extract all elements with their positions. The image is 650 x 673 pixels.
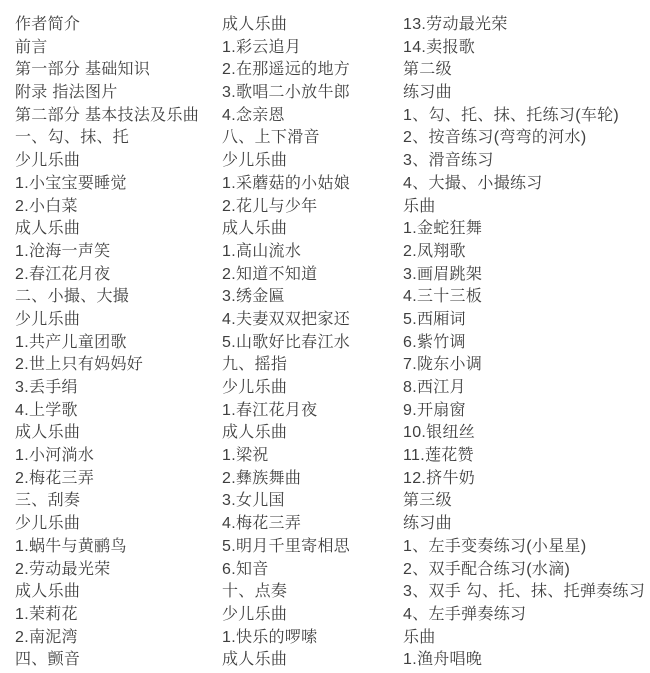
toc-line: 1.梁祝 — [222, 445, 400, 468]
toc-line: 2.春江花月夜 — [15, 264, 220, 287]
toc-line: 少儿乐曲 — [222, 150, 400, 173]
toc-line: 5.山歌好比春江水 — [222, 332, 400, 355]
toc-line: 少儿乐曲 — [15, 513, 220, 536]
toc-line: 3.女儿国 — [222, 490, 400, 513]
toc-line: 成人乐曲 — [222, 218, 400, 241]
toc-line: 1.小河淌水 — [15, 445, 220, 468]
toc-line: 2.南泥湾 — [15, 627, 220, 650]
toc-line: 1.彩云追月 — [222, 37, 400, 60]
toc-line: 1.春江花月夜 — [222, 400, 400, 423]
toc-column-middle: 成人乐曲1.彩云追月2.在那遥远的地方3.歌唱二小放牛郎4.念亲恩八、上下滑音少… — [222, 14, 400, 672]
toc-line: 少儿乐曲 — [15, 309, 220, 332]
toc-line: 6.知音 — [222, 559, 400, 582]
toc-line: 3.歌唱二小放牛郎 — [222, 82, 400, 105]
toc-line: 13.劳动最光荣 — [403, 14, 650, 37]
toc-line: 三、刮奏 — [15, 490, 220, 513]
toc-line: 2.花儿与少年 — [222, 196, 400, 219]
toc-line: 4.梅花三弄 — [222, 513, 400, 536]
toc-line: 九、摇指 — [222, 354, 400, 377]
toc-line: 1、勾、托、抹、托练习(车轮) — [403, 105, 650, 128]
toc-line: 12.挤牛奶 — [403, 468, 650, 491]
toc-line: 2.世上只有妈妈好 — [15, 354, 220, 377]
toc-line: 一、勾、抹、托 — [15, 127, 220, 150]
toc-line: 3.绣金匾 — [222, 286, 400, 309]
toc-line: 乐曲 — [403, 627, 650, 650]
toc-line: 6.紫竹调 — [403, 332, 650, 355]
toc-line: 2.在那遥远的地方 — [222, 59, 400, 82]
contents-page: 作者简介前言第一部分 基础知识附录 指法图片第二部分 基本技法及乐曲一、勾、抹、… — [0, 0, 650, 673]
toc-line: 成人乐曲 — [15, 218, 220, 241]
toc-line: 4、大撮、小撮练习 — [403, 173, 650, 196]
toc-line: 4.念亲恩 — [222, 105, 400, 128]
toc-line: 1.共产儿童团歌 — [15, 332, 220, 355]
toc-line: 8.西江月 — [403, 377, 650, 400]
toc-column-left: 作者简介前言第一部分 基础知识附录 指法图片第二部分 基本技法及乐曲一、勾、抹、… — [15, 14, 220, 672]
toc-line: 第二级 — [403, 59, 650, 82]
toc-line: 11.莲花赞 — [403, 445, 650, 468]
toc-line: 1.高山流水 — [222, 241, 400, 264]
toc-line: 5.西厢词 — [403, 309, 650, 332]
toc-line: 1.采蘑菇的小姑娘 — [222, 173, 400, 196]
toc-line: 练习曲 — [403, 82, 650, 105]
toc-line: 练习曲 — [403, 513, 650, 536]
toc-line: 2.劳动最光荣 — [15, 559, 220, 582]
toc-line: 1.沧海一声笑 — [15, 241, 220, 264]
toc-line: 1.茉莉花 — [15, 604, 220, 627]
toc-line: 成人乐曲 — [15, 581, 220, 604]
toc-line: 少儿乐曲 — [15, 150, 220, 173]
toc-line: 3、双手 勾、托、抹、托弹奏练习 — [403, 581, 650, 604]
toc-line: 第一部分 基础知识 — [15, 59, 220, 82]
toc-line: 作者简介 — [15, 14, 220, 37]
toc-line: 2、按音练习(弯弯的河水) — [403, 127, 650, 150]
toc-line: 4.夫妻双双把家还 — [222, 309, 400, 332]
toc-line: 14.卖报歌 — [403, 37, 650, 60]
toc-line: 1.小宝宝要睡觉 — [15, 173, 220, 196]
toc-line: 2.凤翔歌 — [403, 241, 650, 264]
toc-line: 4.上学歌 — [15, 400, 220, 423]
toc-line: 10.银纽丝 — [403, 422, 650, 445]
toc-line: 2.彝族舞曲 — [222, 468, 400, 491]
toc-line: 7.陇东小调 — [403, 354, 650, 377]
toc-line: 乐曲 — [403, 196, 650, 219]
toc-line: 1、左手变奏练习(小星星) — [403, 536, 650, 559]
toc-line: 成人乐曲 — [222, 422, 400, 445]
toc-line: 成人乐曲 — [222, 649, 400, 672]
toc-line: 成人乐曲 — [15, 422, 220, 445]
toc-line: 前言 — [15, 37, 220, 60]
toc-column-right: 13.劳动最光荣14.卖报歌第二级练习曲1、勾、托、抹、托练习(车轮)2、按音练… — [403, 14, 650, 672]
toc-line: 八、上下滑音 — [222, 127, 400, 150]
toc-line: 5.明月千里寄相思 — [222, 536, 400, 559]
toc-line: 3.画眉跳架 — [403, 264, 650, 287]
toc-line: 四、颤音 — [15, 649, 220, 672]
toc-line: 4.三十三板 — [403, 286, 650, 309]
toc-line: 3.丢手绢 — [15, 377, 220, 400]
toc-line: 附录 指法图片 — [15, 82, 220, 105]
toc-line: 第二部分 基本技法及乐曲 — [15, 105, 220, 128]
toc-line: 3、滑音练习 — [403, 150, 650, 173]
toc-line: 1.渔舟唱晚 — [403, 649, 650, 672]
toc-line: 2.小白菜 — [15, 196, 220, 219]
toc-line: 2.知道不知道 — [222, 264, 400, 287]
toc-line: 少儿乐曲 — [222, 377, 400, 400]
toc-line: 少儿乐曲 — [222, 604, 400, 627]
toc-line: 1.金蛇狂舞 — [403, 218, 650, 241]
toc-line: 9.开扇窗 — [403, 400, 650, 423]
toc-line: 十、点奏 — [222, 581, 400, 604]
toc-line: 2、双手配合练习(水滴) — [403, 559, 650, 582]
toc-line: 成人乐曲 — [222, 14, 400, 37]
toc-line: 二、小撮、大撮 — [15, 286, 220, 309]
toc-line: 1.蜗牛与黄鹂鸟 — [15, 536, 220, 559]
toc-line: 1.快乐的啰嗦 — [222, 627, 400, 650]
toc-line: 2.梅花三弄 — [15, 468, 220, 491]
toc-line: 第三级 — [403, 490, 650, 513]
toc-line: 4、左手弹奏练习 — [403, 604, 650, 627]
